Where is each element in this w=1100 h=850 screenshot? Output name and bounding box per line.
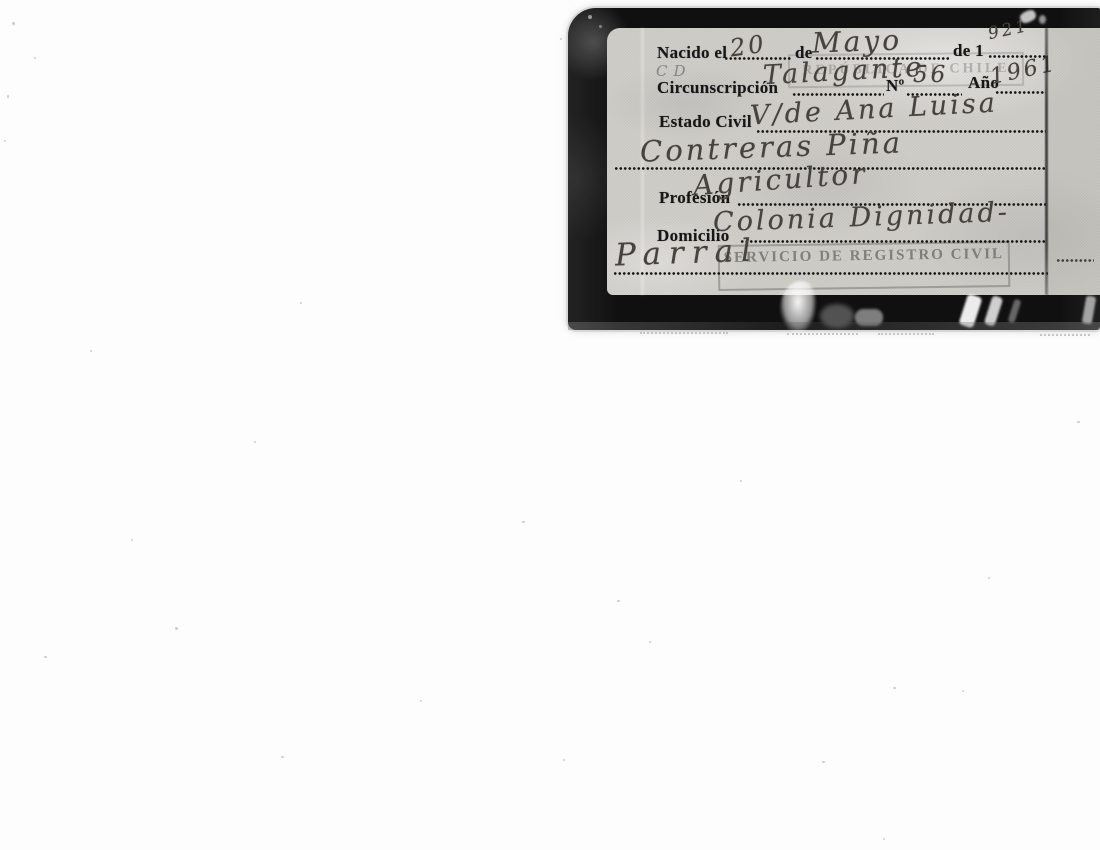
dust-speck: [44, 656, 47, 658]
dust-speck: [12, 22, 15, 25]
dust-speck: [420, 700, 422, 702]
dust-speck: [822, 761, 825, 763]
photo-scan-frame: REPÚBLICA DE CHILE SERVICIO DE REGISTRO …: [568, 8, 1100, 330]
dotted-line: [740, 240, 1046, 243]
stamp-registro-civil: SERVICIO DE REGISTRO CIVIL: [718, 241, 1011, 291]
dust-speck: [300, 302, 302, 304]
reflection-highlight: [599, 25, 602, 28]
handwritten-birth-day: 20: [729, 32, 769, 61]
reflection-highlight: [1007, 299, 1021, 324]
dust-speck: [893, 687, 896, 689]
reflection-highlight: [984, 295, 1004, 327]
dotted-line: [613, 272, 1048, 275]
dust-speck: [617, 600, 620, 602]
handwritten-numero: 56: [913, 64, 948, 87]
dust-speck: [649, 641, 651, 643]
card-fold-line: [1045, 28, 1048, 295]
dust-dash: [640, 332, 728, 334]
dust-dash: [1040, 334, 1090, 336]
handwritten-birth-year: 921: [987, 18, 1031, 43]
dust-speck: [563, 759, 565, 761]
field-label-numero: Nº: [886, 77, 905, 94]
reflection-highlight: [855, 309, 883, 326]
reflection-highlight: [1082, 295, 1097, 324]
dust-speck: [522, 521, 525, 523]
dust-speck: [90, 350, 92, 352]
dust-speck: [560, 38, 562, 40]
dust-speck: [131, 539, 133, 541]
dust-speck: [34, 57, 36, 59]
registry-card: REPÚBLICA DE CHILE SERVICIO DE REGISTRO …: [607, 28, 1100, 295]
dotted-line-right-edge: [1056, 259, 1094, 262]
dust-speck: [254, 441, 256, 443]
dust-speck: [175, 627, 178, 630]
reflection-highlight: [1039, 15, 1046, 24]
dust-speck: [281, 756, 284, 758]
field-label-de-1: de 1: [953, 42, 984, 59]
dust-speck: [740, 480, 742, 482]
dust-speck: [883, 838, 885, 840]
dust-speck: [988, 577, 990, 579]
dust-speck: [7, 95, 9, 98]
handwritten-estado-civil-line1: V/de Ana Luisa: [749, 90, 998, 130]
dust-speck: [962, 690, 964, 692]
dust-dash: [787, 333, 858, 335]
dotted-line: [995, 91, 1046, 94]
handwritten-profesion: Agricultor: [692, 160, 868, 200]
reflection-highlight: [958, 293, 982, 328]
reflection-highlight: [820, 304, 854, 328]
field-label-estado-civil: Estado Civil: [659, 113, 752, 130]
handwritten-domicilio-line2: Parral: [615, 235, 760, 271]
dust-speck: [4, 140, 6, 142]
stamp-bottom-text: SERVICIO DE REGISTRO CIVIL: [724, 246, 1004, 266]
field-label-nacido-el: Nacido el: [657, 44, 727, 61]
dust-speck: [1077, 421, 1080, 423]
field-label-circunscripcion: Circunscripción: [657, 79, 778, 96]
frame-bottom-edge: [568, 322, 1100, 330]
reflection-highlight: [588, 15, 592, 19]
page-background: REPÚBLICA DE CHILE SERVICIO DE REGISTRO …: [0, 0, 1100, 850]
dust-dash: [878, 333, 934, 335]
